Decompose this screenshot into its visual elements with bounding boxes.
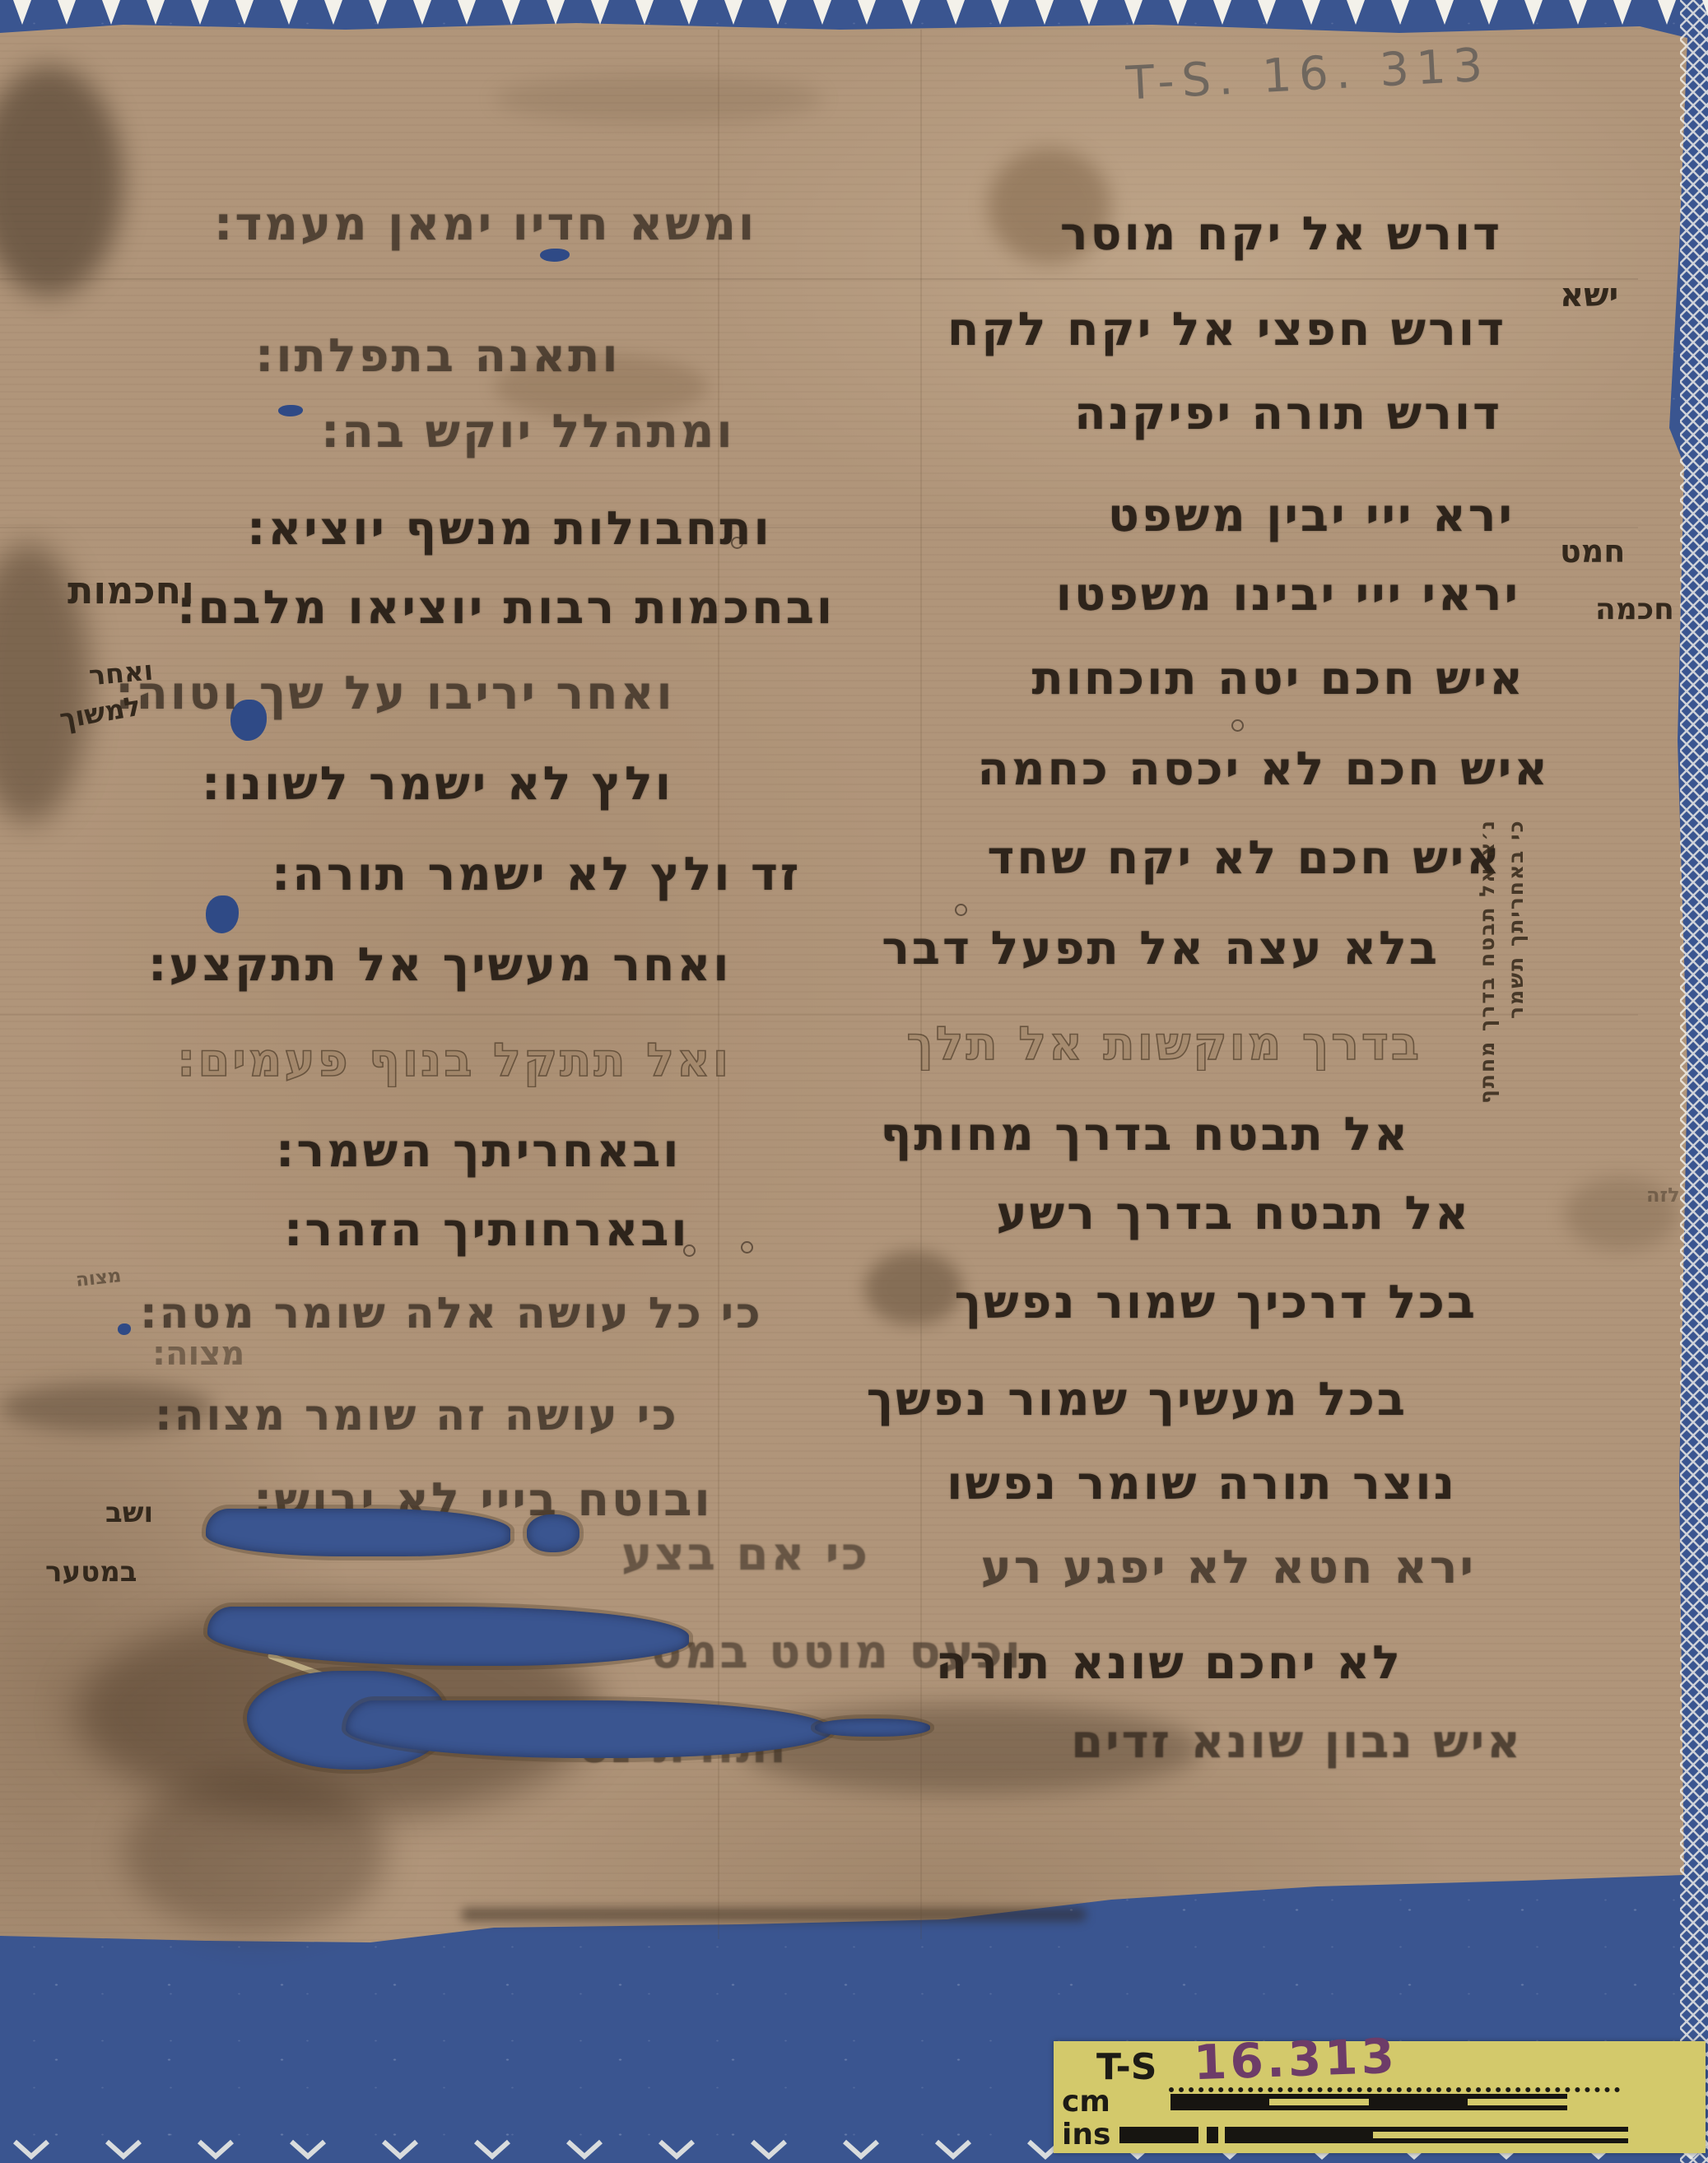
verse-10-left: ואל תתקל בנוף פעמים: <box>177 1034 731 1087</box>
scale-segment <box>1119 2127 1198 2143</box>
verse-14-left: כי עושה זה שומר מצוה: <box>155 1391 679 1440</box>
vertical-gloss-col-b: כי באחריתך תשמר <box>1504 819 1528 1193</box>
scale-segment <box>1373 2127 1628 2143</box>
verse-7-right: איש חכם לא יכסה כחמה <box>978 742 1550 796</box>
verse-12-right: אל תבטח בדרך רשע <box>996 1187 1471 1240</box>
mount-zigzag-edge-top <box>0 0 1708 31</box>
scale-segment <box>1170 2094 1269 2110</box>
verse-18-right: איש נבון שונא זדים <box>1071 1715 1523 1769</box>
crease <box>0 1014 1638 1016</box>
verse-13-right: בכל דרכיך שמור נפשך <box>955 1276 1478 1329</box>
margin-catchword: וחכמות <box>67 568 194 612</box>
circellus-mark <box>741 1241 753 1254</box>
verse-11-left: ובאחריתך השמר: <box>276 1124 682 1178</box>
verse-9-right: בלא עצה אל תפעל דבר <box>882 922 1440 975</box>
scale-segment <box>1369 2094 1468 2110</box>
shelfmark-scale-label: T-S 16.313 cm ins <box>1054 2041 1706 2153</box>
verse-11-right: אל תבטח בדרך מחותף <box>881 1108 1410 1161</box>
scale-segment <box>1468 2094 1567 2110</box>
margin-note-left-d: במטער <box>45 1556 137 1589</box>
parchment-hole <box>527 1514 579 1552</box>
verse-6-right: איש חכם יטה תוכחות <box>1031 652 1525 705</box>
label-cm: cm <box>1062 2087 1110 2117</box>
parchment-hole <box>206 1509 510 1556</box>
circellus-mark <box>955 904 967 916</box>
verse-5-right: יראי ייי יבינו משפטו <box>1056 568 1520 621</box>
verse-15-right: נוצר תורה שומר נפשו <box>947 1457 1457 1510</box>
scale-segment <box>1198 2127 1207 2143</box>
verse-8-right: איש חכם לא יקח שחד <box>987 831 1502 885</box>
verse-17-left: וכעס מוטט במס <box>650 1626 1023 1679</box>
margin-note-right-2: חמט <box>1560 533 1625 570</box>
margin-note-right-1: ישא <box>1560 277 1618 314</box>
scale-segment <box>1207 2127 1218 2143</box>
verse-1-right: דורש אל יקח מוסר <box>1060 207 1502 261</box>
verse-16-left: כי אם בצע <box>621 1528 870 1581</box>
verse-9-left: ואחר מעשיך אל תתקצע: <box>148 938 731 992</box>
verse-6-left: ואחר יריבו על שך וטוה: <box>115 667 675 720</box>
margin-note-left-c: ושב <box>105 1496 153 1529</box>
label-series: T-S <box>1096 2046 1157 2088</box>
cm-scale-bar <box>1170 2094 1567 2110</box>
scale-segment <box>1269 2094 1369 2110</box>
vertical-gloss-col-a: נ׳א אל תבטח בדרך מחתף <box>1475 819 1499 1193</box>
verse-2-right: דורש חפצי אל יקח לקח <box>947 303 1506 356</box>
crease <box>0 278 1638 280</box>
circellus-mark <box>1231 719 1244 732</box>
verse-4-right: ירא ייי יבין משפט <box>1108 489 1515 542</box>
interlinear-fragment: מצוה: <box>152 1335 244 1373</box>
verse-4-left: ותחבולות מנשף יוציא: <box>247 502 772 556</box>
verse-3-left: ומתהלל יוקש בה: <box>321 405 735 458</box>
verse-5-left: ובחכמות רבות יוציאו מלבם: <box>177 581 835 635</box>
ins-scale-bar <box>1119 2127 1628 2143</box>
verse-10-right: בדרך מוקשות אל תלך <box>906 1017 1422 1071</box>
margin-note-right-3: חכמה <box>1595 593 1674 626</box>
handwritten-shelfmark: 16.313 <box>1193 2028 1399 2091</box>
margin-note-right-4: לזה <box>1646 1184 1680 1207</box>
verse-1-left: ומשא חדיו ימאן מעמד: <box>214 198 756 251</box>
verse-8-left: זד ולץ לא ישמר תורה: <box>272 848 801 901</box>
verse-3-right: דורש תורה יפיקנה <box>1074 387 1502 440</box>
verse-2-left: ותאנה בתפלתו: <box>255 329 621 383</box>
parchment-hole <box>346 1700 831 1758</box>
verse-12-left: ובארחותיך הזהר: <box>284 1203 690 1257</box>
label-ins: ins <box>1062 2120 1110 2150</box>
verse-14-right: בכל מעשיך שמור נפשך <box>867 1373 1408 1426</box>
margin-note-left-a1: ואחר <box>87 654 154 692</box>
scale-segment <box>1225 2127 1373 2143</box>
verse-13-left: כי כל עושה אלה שומר מטה: <box>140 1289 763 1338</box>
vertical-marginal-gloss: נ׳א אל תבטח בדרך מחתף כי באחריתך תשמר <box>1475 819 1528 1193</box>
parchment-hole <box>815 1719 930 1737</box>
verse-16-right: ירא חטא לא יפגע רע <box>980 1541 1476 1594</box>
verse-7-left: ולץ לא ישמר לשונו: <box>202 757 673 811</box>
photograph-canvas: { "pencil_classmark": "T-S. 16. 313", "v… <box>0 0 1708 2163</box>
scale-segment <box>1218 2127 1225 2143</box>
